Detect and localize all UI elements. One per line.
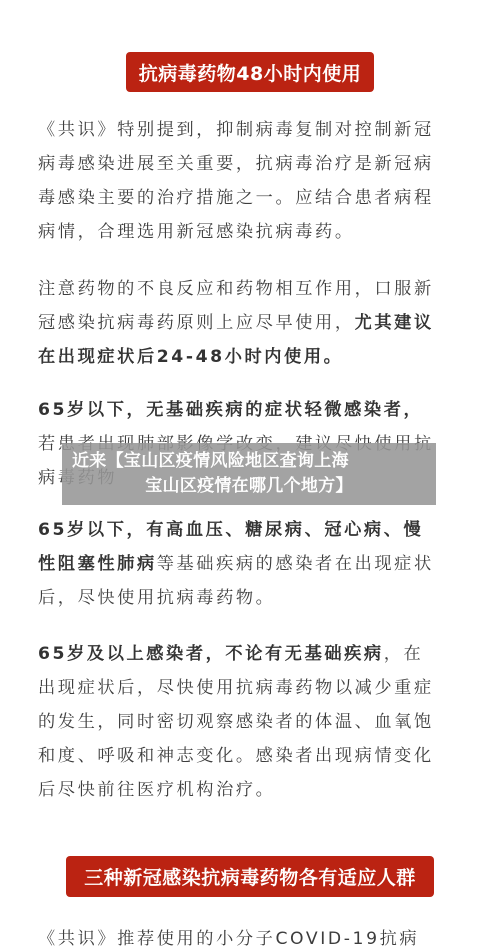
text-normal: 冠感染抗病毒药原则上应尽早使用，	[38, 313, 355, 333]
text-line: 注意药物的不良反应和药物相互作用，口服新	[38, 272, 468, 306]
text-line: 后，尽快使用抗病毒药物。	[38, 581, 468, 615]
text-line: 病毒感染进展至关重要，抗病毒治疗是新冠病	[38, 147, 468, 181]
text-line: 病情，合理选用新冠感染抗病毒药。	[38, 215, 468, 249]
paragraph-recommended-drugs: 《共识》推荐使用的小分子COVID-19抗病	[38, 922, 468, 950]
text-line: 《共识》特别提到，抑制病毒复制对控制新冠	[38, 113, 468, 147]
text-line: 性阻塞性肺病等基础疾病的感染者在出现症状	[38, 547, 468, 581]
text-line: 65岁及以上感染者，不论有无基础疾病，在	[38, 637, 468, 671]
text-line: 毒感染主要的治疗措施之一。应结合患者病程	[38, 181, 468, 215]
section-header-text: 抗病毒药物48小时内使用	[139, 59, 361, 86]
paragraph-65-and-over: 65岁及以上感染者，不论有无基础疾病，在 出现症状后，尽快使用抗病毒药物以减少重…	[38, 637, 468, 807]
text-line: 在出现症状后24-48小时内使用。	[38, 340, 468, 374]
section-header-antiviral-48h: 抗病毒药物48小时内使用	[126, 52, 374, 92]
overlay-title-line: 近来【宝山区疫情风险地区查询上海	[62, 449, 436, 474]
text-emphasis: 65岁以下，有高血压、糖尿病、冠心病、慢	[38, 520, 423, 540]
text-line: 出现症状后，尽快使用抗病毒药物以减少重症	[38, 671, 468, 705]
text-normal: 等基础疾病的感染者在出现症状	[157, 554, 434, 574]
text-line: 冠感染抗病毒药原则上应尽早使用，尤其建议	[38, 306, 468, 340]
text-line: 65岁以下，有高血压、糖尿病、冠心病、慢	[38, 513, 468, 547]
title-overlay-banner: 近来【宝山区疫情风险地区查询上海 宝山区疫情在哪几个地方】	[62, 443, 436, 505]
text-emphasis: 尤其建议	[355, 313, 434, 333]
text-emphasis: 65岁及以上感染者，不论有无基础疾病	[38, 644, 384, 664]
article-page: 抗病毒药物48小时内使用 《共识》特别提到，抑制病毒复制对控制新冠 病毒感染进展…	[0, 0, 500, 950]
paragraph-consensus-intro: 《共识》特别提到，抑制病毒复制对控制新冠 病毒感染进展至关重要，抗病毒治疗是新冠…	[38, 113, 468, 249]
text-line: 和度、呼吸和神志变化。感染者出现病情变化	[38, 739, 468, 773]
text-normal: ，在	[384, 644, 424, 664]
text-emphasis: 65岁以下，无基础疾病的症状轻微感染者，	[38, 400, 423, 420]
text-line: 的发生，同时密切观察感染者的体温、血氧饱	[38, 705, 468, 739]
text-line: 后尽快前往医疗机构治疗。	[38, 773, 468, 807]
section-header-text: 三种新冠感染抗病毒药物各有适应人群	[84, 863, 416, 890]
text-emphasis: 性阻塞性肺病	[38, 554, 157, 574]
text-line: 《共识》推荐使用的小分子COVID-19抗病	[38, 922, 468, 950]
paragraph-early-use: 注意药物的不良反应和药物相互作用，口服新 冠感染抗病毒药原则上应尽早使用，尤其建…	[38, 272, 468, 374]
overlay-title-line: 宝山区疫情在哪几个地方】	[62, 474, 436, 499]
paragraph-under-65-underlying: 65岁以下，有高血压、糖尿病、冠心病、慢 性阻塞性肺病等基础疾病的感染者在出现症…	[38, 513, 468, 615]
text-line: 65岁以下，无基础疾病的症状轻微感染者，	[38, 393, 468, 427]
text-emphasis: 在出现症状后24-48小时内使用。	[38, 347, 343, 367]
section-header-three-drugs: 三种新冠感染抗病毒药物各有适应人群	[66, 856, 434, 897]
